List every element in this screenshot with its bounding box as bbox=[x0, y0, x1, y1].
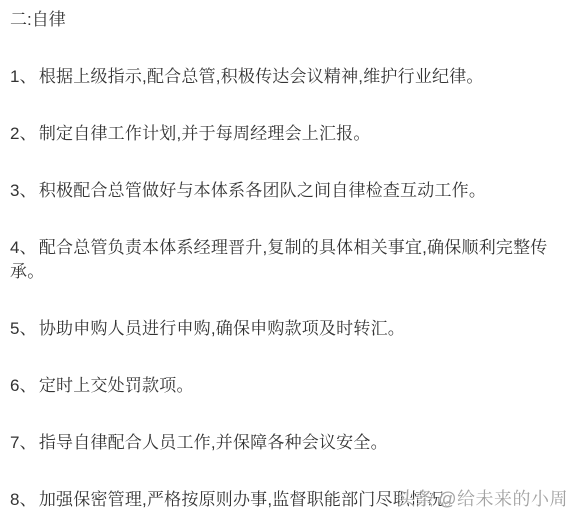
document-body: 二:自律 1、根据上级指示,配合总管,积极传达会议精神,维护行业纪律。 2、制定… bbox=[0, 0, 573, 512]
list-item: 4、配合总管负责本体系经理晋升,复制的具体相关事宜,确保顺利完整传承。 bbox=[10, 236, 567, 284]
item-number: 3、 bbox=[10, 181, 37, 200]
item-text: 积极配合总管做好与本体系各团队之间自律检查互动工作。 bbox=[39, 181, 486, 200]
list-item: 5、协助申购人员进行申购,确保申购款项及时转汇。 bbox=[10, 317, 567, 341]
item-text: 配合总管负责本体系经理晋升,复制的具体相关事宜,确保顺利完整传承。 bbox=[10, 238, 548, 281]
item-number: 2、 bbox=[10, 124, 37, 143]
item-text: 根据上级指示,配合总管,积极传达会议精神,维护行业纪律。 bbox=[39, 67, 484, 86]
item-number: 1、 bbox=[10, 67, 37, 86]
toutiao-watermark: 头条@给未来的小周 bbox=[397, 485, 568, 511]
item-text: 制定自律工作计划,并于每周经理会上汇报。 bbox=[39, 124, 371, 143]
list-item: 1、根据上级指示,配合总管,积极传达会议精神,维护行业纪律。 bbox=[10, 65, 567, 89]
item-text: 指导自律配合人员工作,并保障各种会议安全。 bbox=[39, 433, 388, 452]
item-number: 5、 bbox=[10, 319, 37, 338]
toutiao-logo-text: 头条 bbox=[397, 489, 434, 509]
item-text: 定时上交处罚款项。 bbox=[39, 376, 194, 395]
item-number: 6、 bbox=[10, 376, 37, 395]
item-number: 8、 bbox=[10, 490, 37, 509]
page-title: 二:自律 bbox=[10, 8, 567, 32]
list-item: 6、定时上交处罚款项。 bbox=[10, 374, 567, 398]
list-item: 7、指导自律配合人员工作,并保障各种会议安全。 bbox=[10, 431, 567, 455]
item-number: 7、 bbox=[10, 433, 37, 452]
item-text: 协助申购人员进行申购,确保申购款项及时转汇。 bbox=[39, 319, 405, 338]
list-item: 2、制定自律工作计划,并于每周经理会上汇报。 bbox=[10, 122, 567, 146]
watermark-username: @给未来的小周 bbox=[438, 489, 568, 509]
list-item: 3、积极配合总管做好与本体系各团队之间自律检查互动工作。 bbox=[10, 179, 567, 203]
item-number: 4、 bbox=[10, 238, 37, 257]
